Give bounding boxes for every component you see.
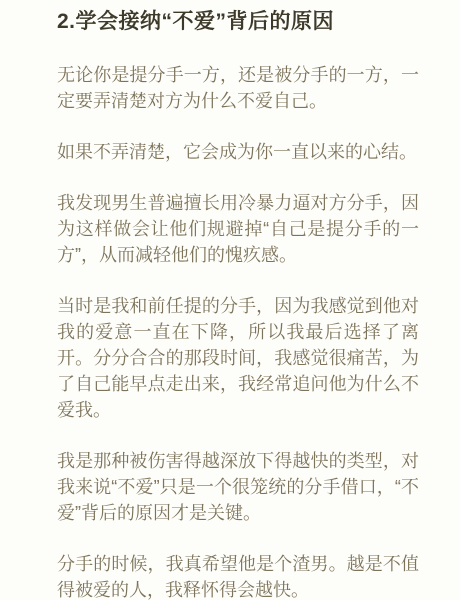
paragraph: 当时是我和前任提的分手，因为我感觉到他对我的爱意一直在下降，所以我最后选择了离开… [57, 293, 419, 423]
paragraph: 无论你是提分手一方，还是被分手的一方，一定要弄清楚对方为什么不爱自己。 [57, 62, 419, 114]
article-title: 2.学会接纳“不爱”背后的原因 [57, 8, 419, 36]
article-page: 2.学会接纳“不爱”背后的原因 无论你是提分手一方，还是被分手的一方，一定要弄清… [0, 0, 460, 600]
paragraph: 我是那种被伤害得越深放下得越快的类型，对我来说“不爱”只是一个很笼统的分手借口，… [57, 448, 419, 526]
paragraph: 分手的时候，我真希望他是个渣男。越是不值得被爱的人，我释怀得会越快。 [57, 551, 419, 600]
paragraph: 我发现男生普遍擅长用冷暴力逼对方分手，因为这样做会让他们规避掉“自己是提分手的一… [57, 190, 419, 268]
paragraph: 如果不弄清楚，它会成为你一直以来的心结。 [57, 139, 419, 165]
article-body: 无论你是提分手一方，还是被分手的一方，一定要弄清楚对方为什么不爱自己。 如果不弄… [57, 62, 419, 600]
